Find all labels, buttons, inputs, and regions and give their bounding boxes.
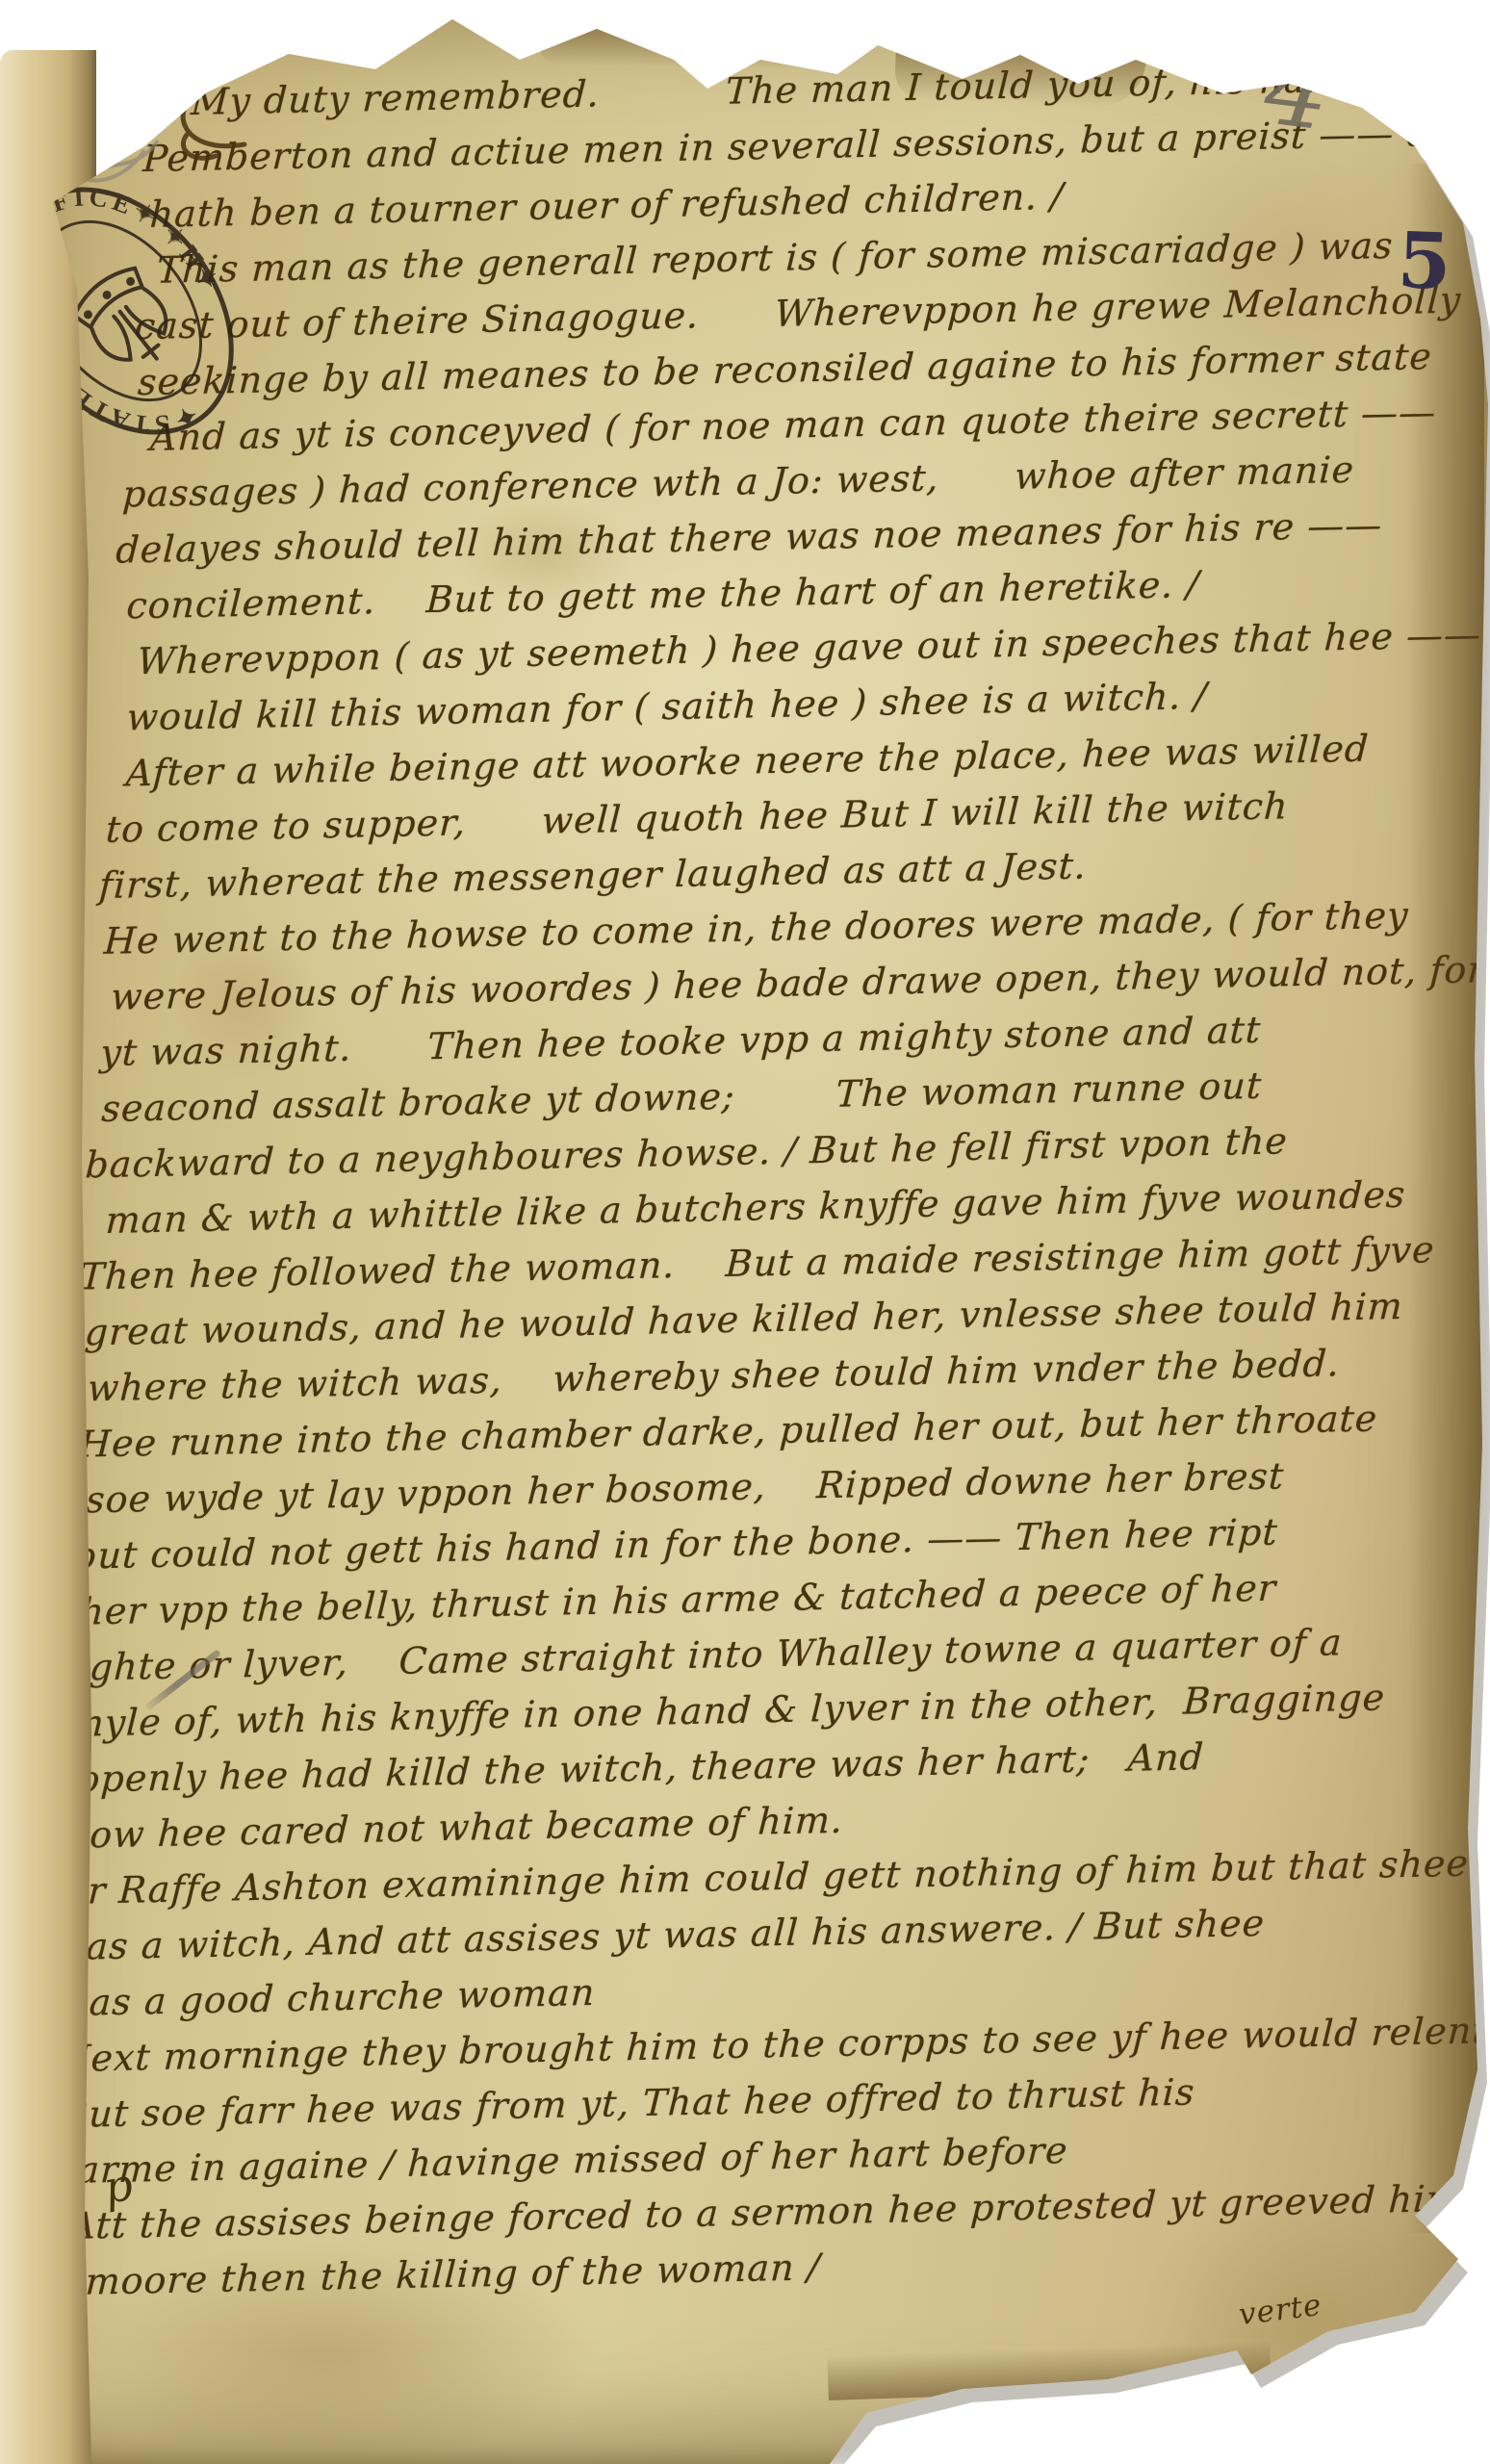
crown-icon (68, 261, 187, 382)
ink-flourish-initial (152, 19, 296, 172)
manuscript-scan: My duty remembred. The man I tould you o… (0, 0, 1490, 2464)
torn-edge-fold (539, 14, 848, 70)
binding-guard (0, 50, 96, 2464)
folio-number-ink: 5 (1396, 215, 1452, 307)
catchword: verte (1237, 2288, 1323, 2332)
manuscript-page: My duty remembred. The man I tould you o… (0, 0, 1490, 2464)
